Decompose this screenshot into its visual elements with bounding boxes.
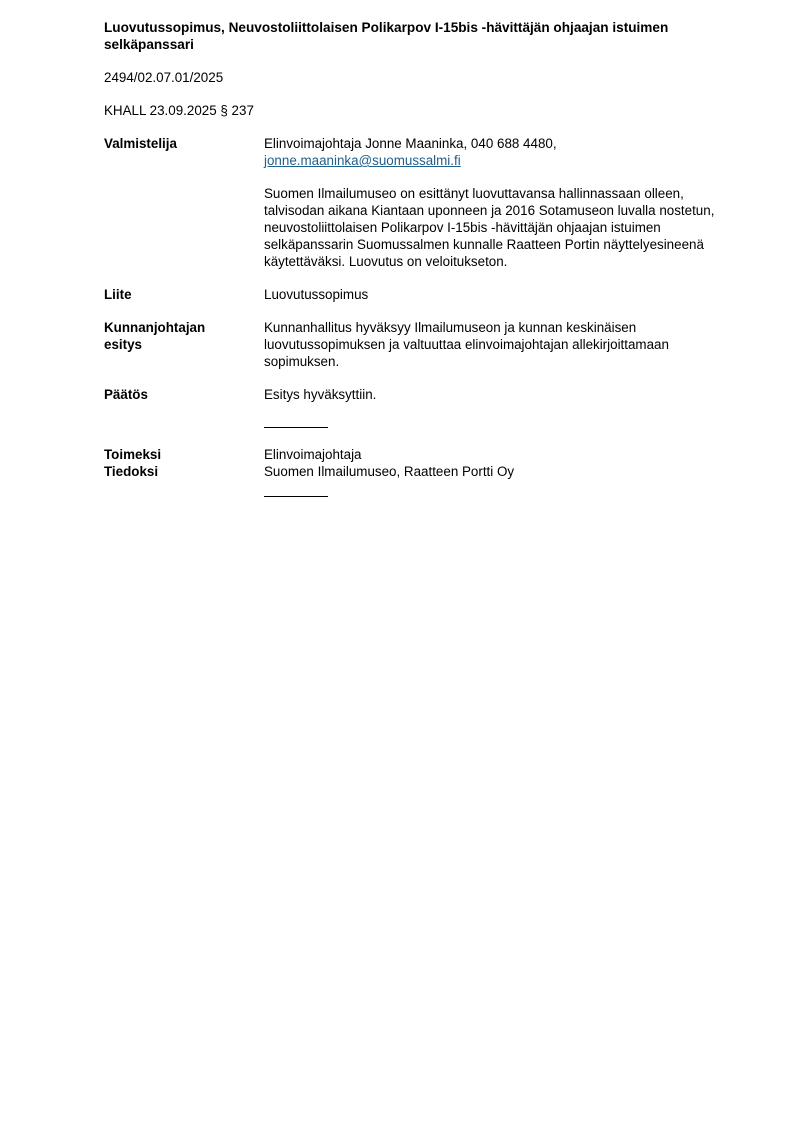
info-section: Tiedoksi Suomen Ilmailumuseo, Raatteen P… [104,463,734,480]
action-value: Elinvoimajohtaja [264,446,734,463]
decision-value: Esitys hyväksyttiin. [264,386,734,403]
action-section: Toimeksi Elinvoimajohtaja [104,446,734,463]
proposal-value: Kunnanhallitus hyväksyy Ilmailumuseon ja… [264,319,734,370]
info-label: Tiedoksi [104,463,264,480]
document-title: Luovutussopimus, Neuvostoliittolaisen Po… [104,19,734,53]
attachment-value: Luovutussopimus [264,286,734,303]
separator-line [264,427,328,428]
preparer-description: Suomen Ilmailumuseo on esittänyt luovutt… [264,185,734,270]
proposal-label: Kunnanjohtajanesitys [104,319,264,370]
preparer-email-link[interactable]: jonne.maaninka@suomussalmi.fi [264,153,461,168]
info-value: Suomen Ilmailumuseo, Raatteen Portti Oy [264,463,734,480]
attachment-section: Liite Luovutussopimus [104,286,734,303]
preparer-section: Valmistelija Elinvoimajohtaja Jonne Maan… [104,135,734,270]
decision-label: Päätös [104,386,264,403]
action-label: Toimeksi [104,446,264,463]
preparer-label: Valmistelija [104,135,264,270]
proposal-section: Kunnanjohtajanesitys Kunnanhallitus hyvä… [104,319,734,370]
meeting-reference: KHALL 23.09.2025 § 237 [104,102,734,119]
record-number: 2494/02.07.01/2025 [104,69,734,86]
document-page: Luovutussopimus, Neuvostoliittolaisen Po… [104,19,734,497]
separator-line [264,496,328,497]
preparer-contact: Elinvoimajohtaja Jonne Maaninka, 040 688… [264,135,734,152]
decision-section: Päätös Esitys hyväksyttiin. [104,386,734,403]
attachment-label: Liite [104,286,264,303]
